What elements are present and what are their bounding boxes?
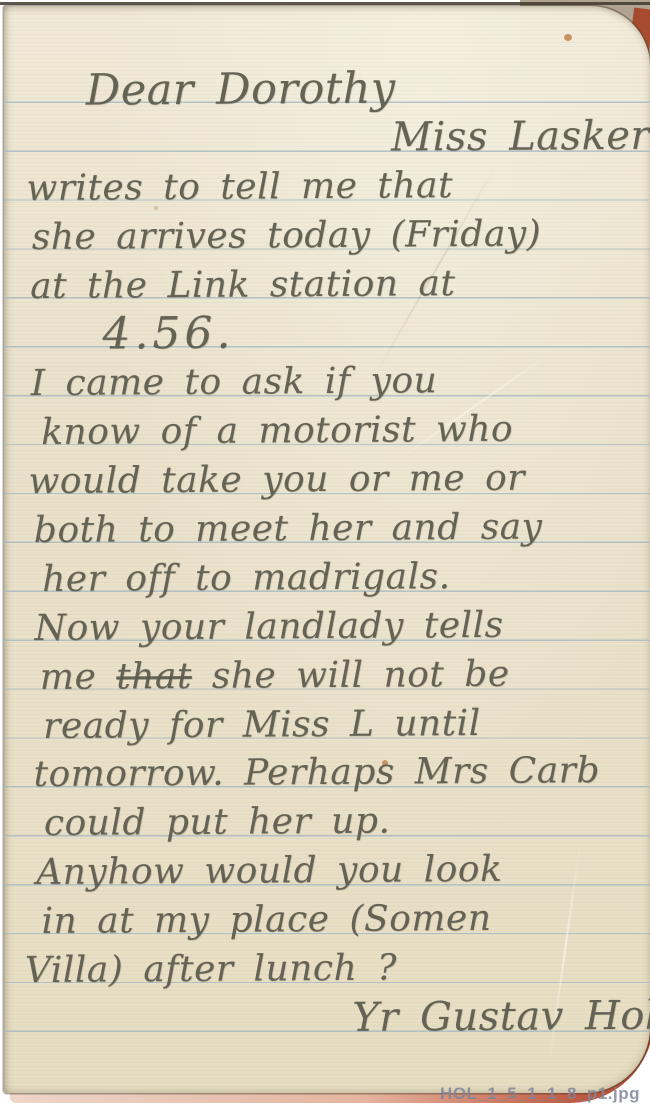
scan-top-edge — [0, 2, 650, 5]
line-13-pre: me — [40, 656, 117, 698]
handwritten-text: Dear Dorothy Miss Lasker writes to tell … — [4, 63, 650, 1045]
salutation: Dear Dorothy — [4, 63, 647, 116]
letter-line-7: I came to ask if you — [4, 356, 649, 409]
letter-line-15: tomorrow. Perhaps Mrs Carb — [5, 747, 650, 800]
letter-line-3: writes to tell me that — [4, 161, 648, 214]
letter-line-19: Villa) after lunch ? — [7, 943, 650, 996]
signature: Yr Gustav Holst — [7, 992, 650, 1045]
crossed-out-word: that — [116, 656, 192, 698]
letter-line-12: Now your landlady tells — [4, 601, 650, 654]
letter-line-5: at the Link station at — [4, 258, 648, 311]
letter-line-17: Anyhow would you look — [6, 845, 650, 898]
filename-caption: HOL_1_5_1_1_8_p1.jpg — [440, 1084, 640, 1104]
letter-line-8: know of a motorist who — [4, 405, 649, 458]
letter-line-16: could put her up. — [6, 796, 650, 849]
letter-line-11: her off to madrigals. — [4, 552, 650, 605]
letter-line-4: she arrives today (Friday) — [4, 209, 648, 262]
line-13-post: she will not be — [192, 653, 510, 696]
letter-line-6: 4.56. — [4, 307, 649, 360]
letter-line-2: Miss Lasker — [4, 112, 647, 165]
letter-line-14: ready for Miss L until — [5, 698, 650, 751]
letter-line-18: in at my place (Somen — [6, 894, 650, 947]
letter-line-10: both to meet her and say — [4, 503, 650, 556]
letter-line-13: me that she will not be — [5, 649, 650, 702]
letter-line-9: would take you or me or — [4, 454, 650, 507]
stain-spot — [564, 34, 572, 41]
letter-paper: Dear Dorothy Miss Lasker writes to tell … — [4, 6, 650, 1093]
